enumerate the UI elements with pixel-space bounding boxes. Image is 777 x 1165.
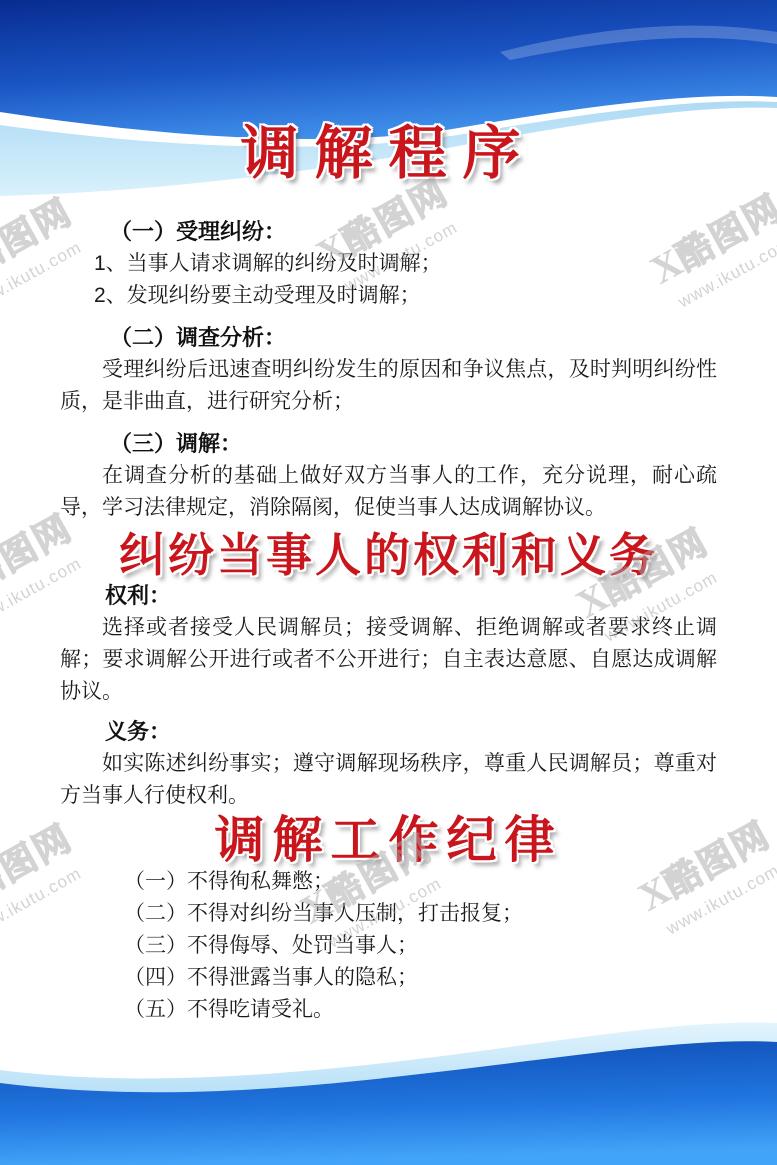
discipline-title: 调解工作纪律 [60,824,717,856]
section-paragraph: 受理纠纷后迅速查明纠纷发生的原因和争议焦点，及时判明纠纷性质，是非曲直，进行研究… [60,354,717,418]
rights-paragraph: 选择或者接受人民调解员；接受调解、拒绝调解或者要求终止调解；要求调解公开进行或者… [60,612,717,708]
rights-heading: 权利： [60,580,717,612]
content-area: （一）受理纠纷： 1、当事人请求调解的纠纷及时调解； 2、发现纠纷要主动受理及时… [60,214,717,1026]
section-paragraph: 在调查分析的基础上做好双方当事人的工作，充分说理，耐心疏导，学习法律规定，消除隔… [60,460,717,524]
poster-page: X酷图网 www.ikutu.com X酷图网 www.ikutu.com X酷… [0,0,777,1165]
section-heading-accept-dispute: （一）受理纠纷： [60,216,717,248]
section-item: 1、当事人请求调解的纠纷及时调解； [60,248,717,280]
section-item: 2、发现纠纷要主动受理及时调解； [60,280,717,312]
page-title: 调解程序 [0,106,777,190]
discipline-item: （一）不得徇私舞憋； [60,866,717,898]
section-heading-mediate: （三）调解： [60,428,717,460]
duties-heading: 义务： [60,716,717,748]
discipline-item: （五）不得吃请受礼。 [60,994,717,1026]
discipline-item: （三）不得侮辱、处罚当事人； [60,930,717,962]
discipline-item: （二）不得对纠纷当事人压制，打击报复； [60,898,717,930]
section-heading-investigate: （二）调查分析： [60,322,717,354]
discipline-item: （四）不得泄露当事人的隐私； [60,962,717,994]
rights-duties-title: 纠纷当事人的权利和义务 [60,540,717,572]
duties-paragraph: 如实陈述纠纷事实；遵守调解现场秩序，尊重人民调解员；尊重对方当事人行使权利。 [60,748,717,812]
bottom-wave-decoration [0,1015,777,1165]
